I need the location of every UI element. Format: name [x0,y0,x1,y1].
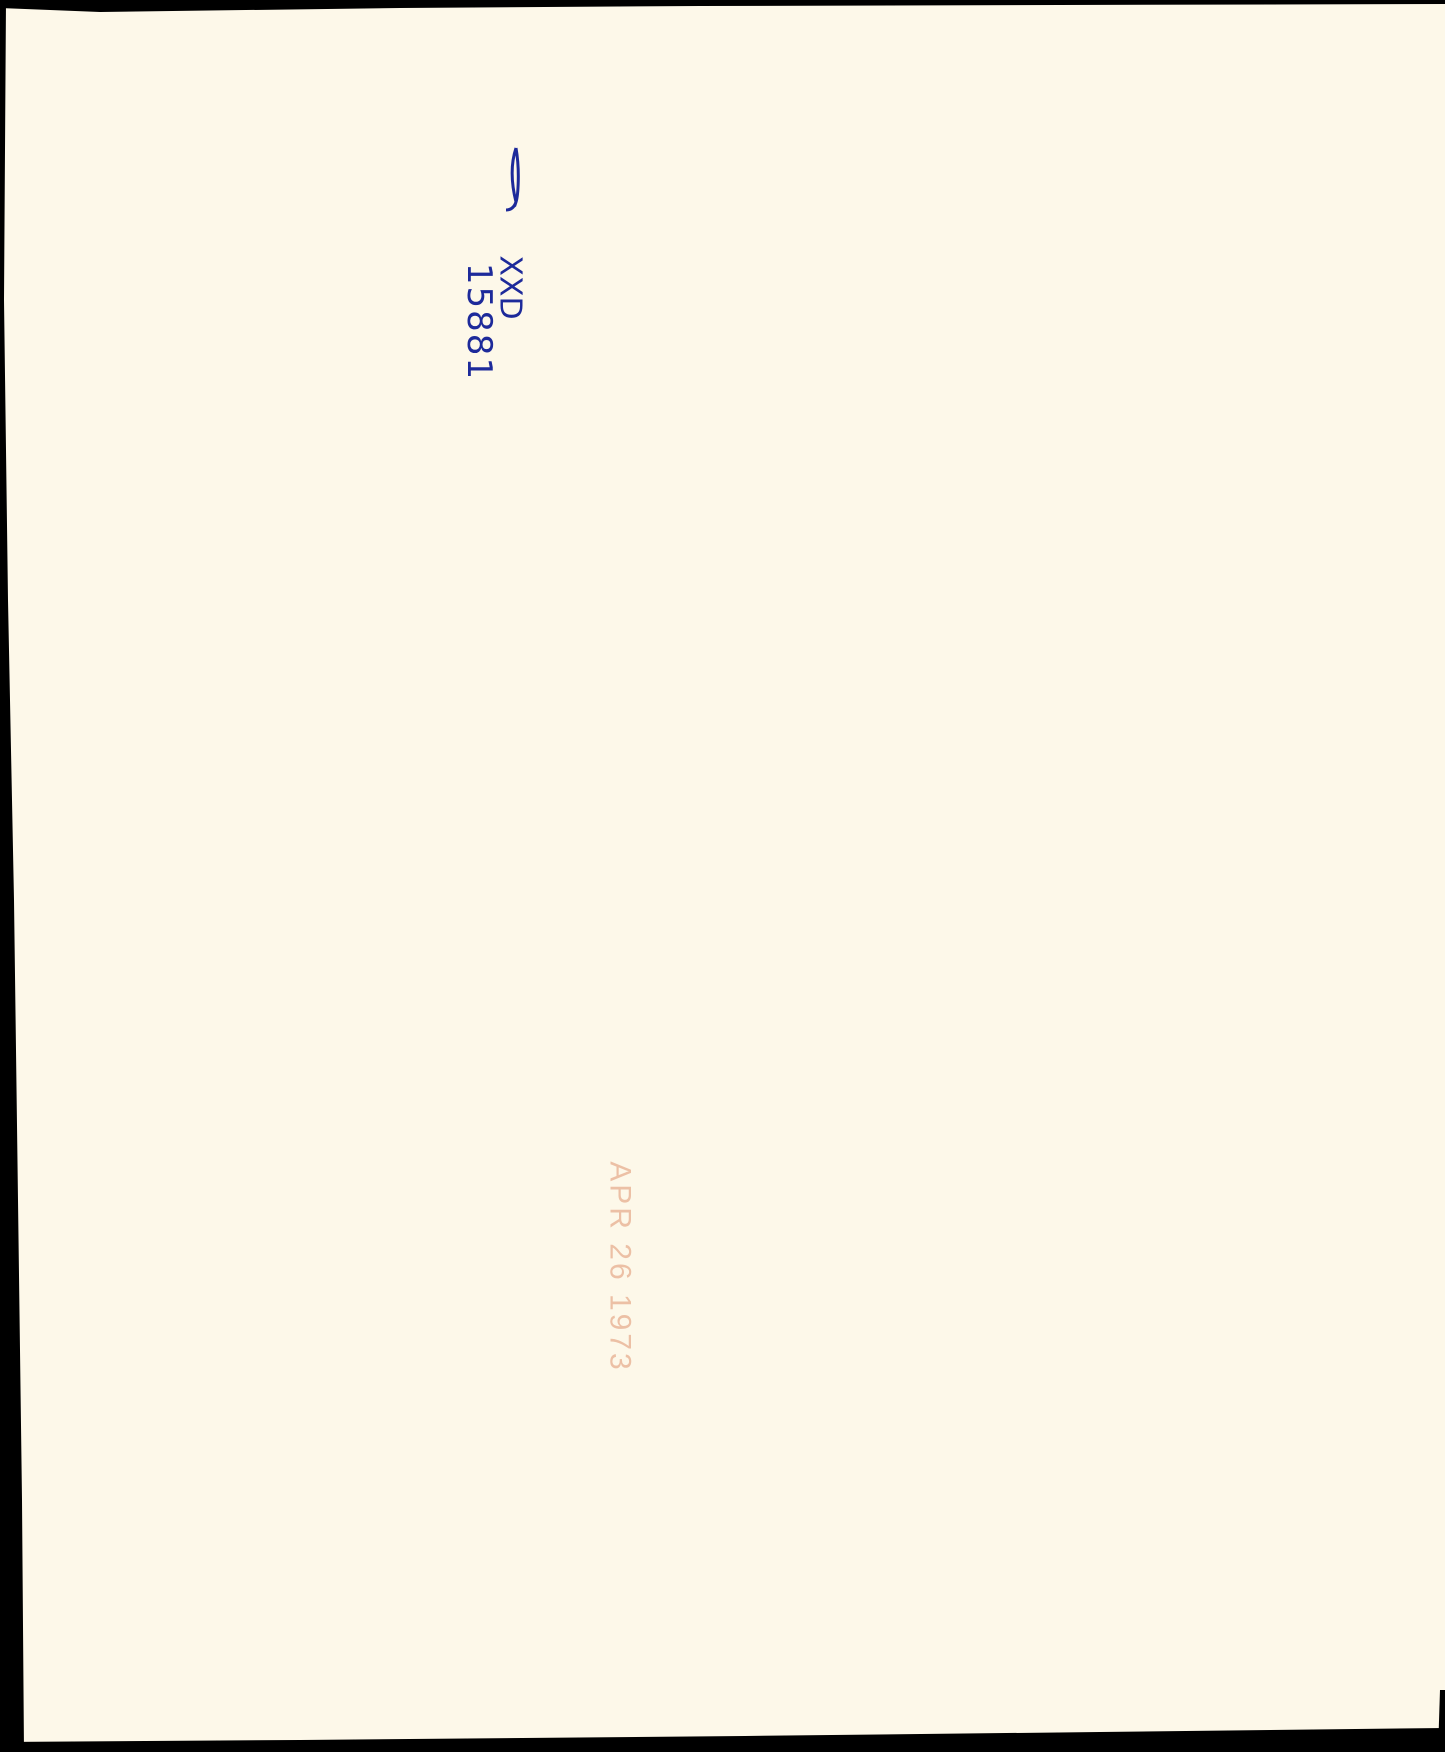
handwritten-mark [504,146,530,212]
date-stamp: APR 26 1973 [603,1161,637,1372]
handwritten-code-letters: XXD [493,255,528,319]
photo-back-paper [0,0,1445,1752]
